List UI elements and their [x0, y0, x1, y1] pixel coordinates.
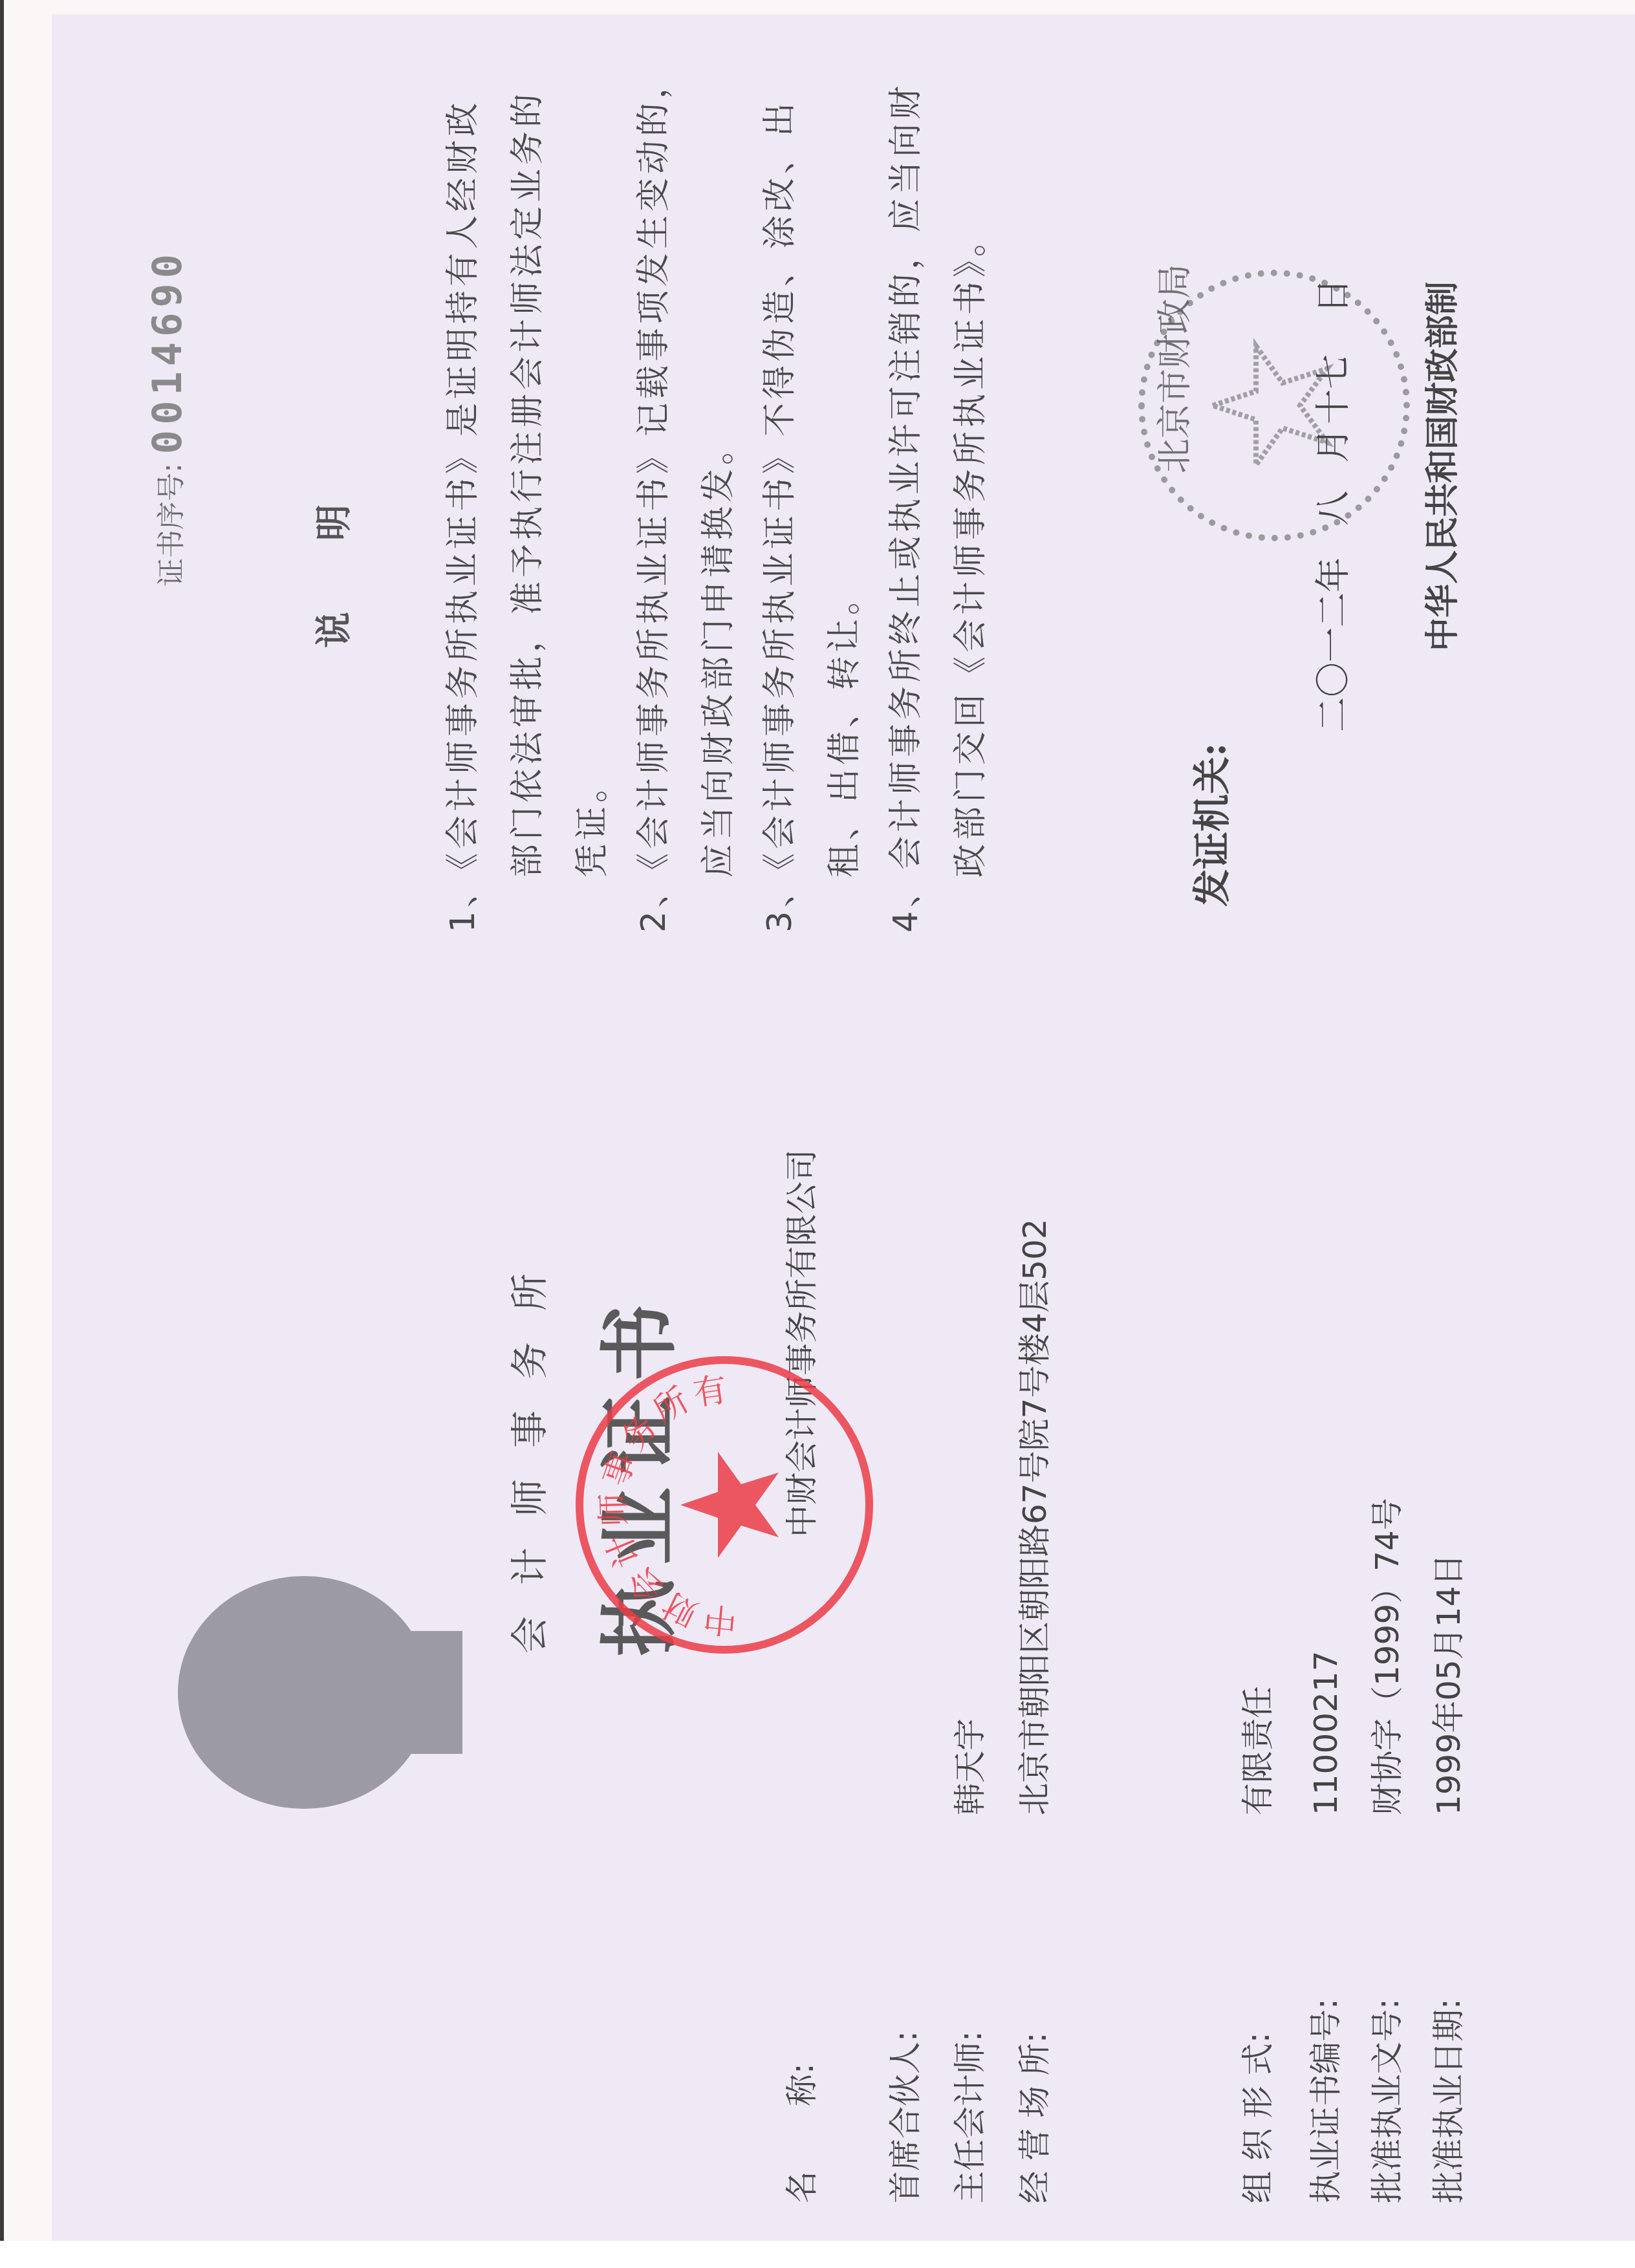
- field-label-chief-partner: 首席合伙人:: [889, 2031, 922, 2203]
- company-seal: 中财会计师事务所有限公司: [576, 1356, 873, 1654]
- instruction-item-1-line-3: 凭证。: [576, 765, 609, 878]
- instructions-heading: 说明: [316, 433, 352, 648]
- rotated-certificate: 证书序号: 0014690 说明 1、《会计师事务所执业证书》是证明持有人经财政…: [0, 0, 1635, 2268]
- issue-date: 二〇一二年 八 月十七 日: [1316, 274, 1351, 732]
- serial-label: 证书序号:: [155, 463, 188, 587]
- field-value-director-cpa: 韩天宇: [954, 1718, 986, 1815]
- star-icon: [1213, 346, 1327, 465]
- instruction-item-1: 1、《会计师事务所执业证书》是证明持有人经财政: [446, 99, 480, 933]
- national-emblem-icon: [175, 1570, 466, 1815]
- serial-number: 证书序号: 0014690: [147, 249, 188, 587]
- field-label-org-form: 组 织 形 式:: [1242, 2032, 1274, 2203]
- field-value-business-address: 北京市朝阳区朝阳路67号院7号楼4层502: [1019, 1218, 1051, 1815]
- certificate-subtitle: 会计师事务所: [511, 1242, 548, 1654]
- instruction-item-3-line-2: 租、出借、转让。: [828, 578, 861, 878]
- maker-line: 中华人民共和国财政部制: [1426, 281, 1460, 651]
- field-label-name: 名 称:: [786, 2063, 818, 2203]
- field-value-approval-date: 1999年05月14日: [1433, 1554, 1465, 1816]
- instruction-item-1-line-2: 部门依法审批，准予执行注册会计师法定业务的: [511, 90, 545, 878]
- star-icon: [680, 1452, 779, 1558]
- field-label-director-cpa: 主任会计师:: [954, 2031, 986, 2203]
- instruction-item-4-line-2: 政部门交回《会计师事务所执业证书》。: [954, 219, 988, 878]
- instruction-item-4: 4、会计师事务所终止或执业许可注销的，应当向财: [889, 82, 923, 933]
- instruction-item-2-line-2: 应当向财政部门申请换发。: [702, 427, 735, 878]
- field-value-org-form: 有限责任: [1242, 1686, 1274, 1815]
- serial-value: 0014690: [144, 249, 191, 454]
- field-value-approval-doc: 财协字（1999）74号: [1371, 1498, 1403, 1815]
- instruction-item-2: 2、《会计师事务所执业证书》记载事项发生变动的，: [637, 61, 671, 933]
- field-label-business-address: 经 营 场 所:: [1019, 2032, 1051, 2203]
- field-label-approval-date: 批准执业日期:: [1433, 1998, 1465, 2203]
- field-label-approval-doc: 批准执业文号:: [1371, 1998, 1403, 2203]
- field-value-license-number: 11000217: [1310, 1651, 1342, 1816]
- field-label-license-number: 执业证书编号:: [1310, 1998, 1342, 2203]
- issuer-label: 发证机关:: [1193, 743, 1231, 907]
- instruction-item-3: 3、《会计师事务所执业证书》不得伪造、涂改、出: [763, 99, 797, 933]
- issuer-seal-text: 北京市财政局: [1158, 264, 1193, 473]
- issuer-seal: 北京市财政局: [1138, 270, 1410, 541]
